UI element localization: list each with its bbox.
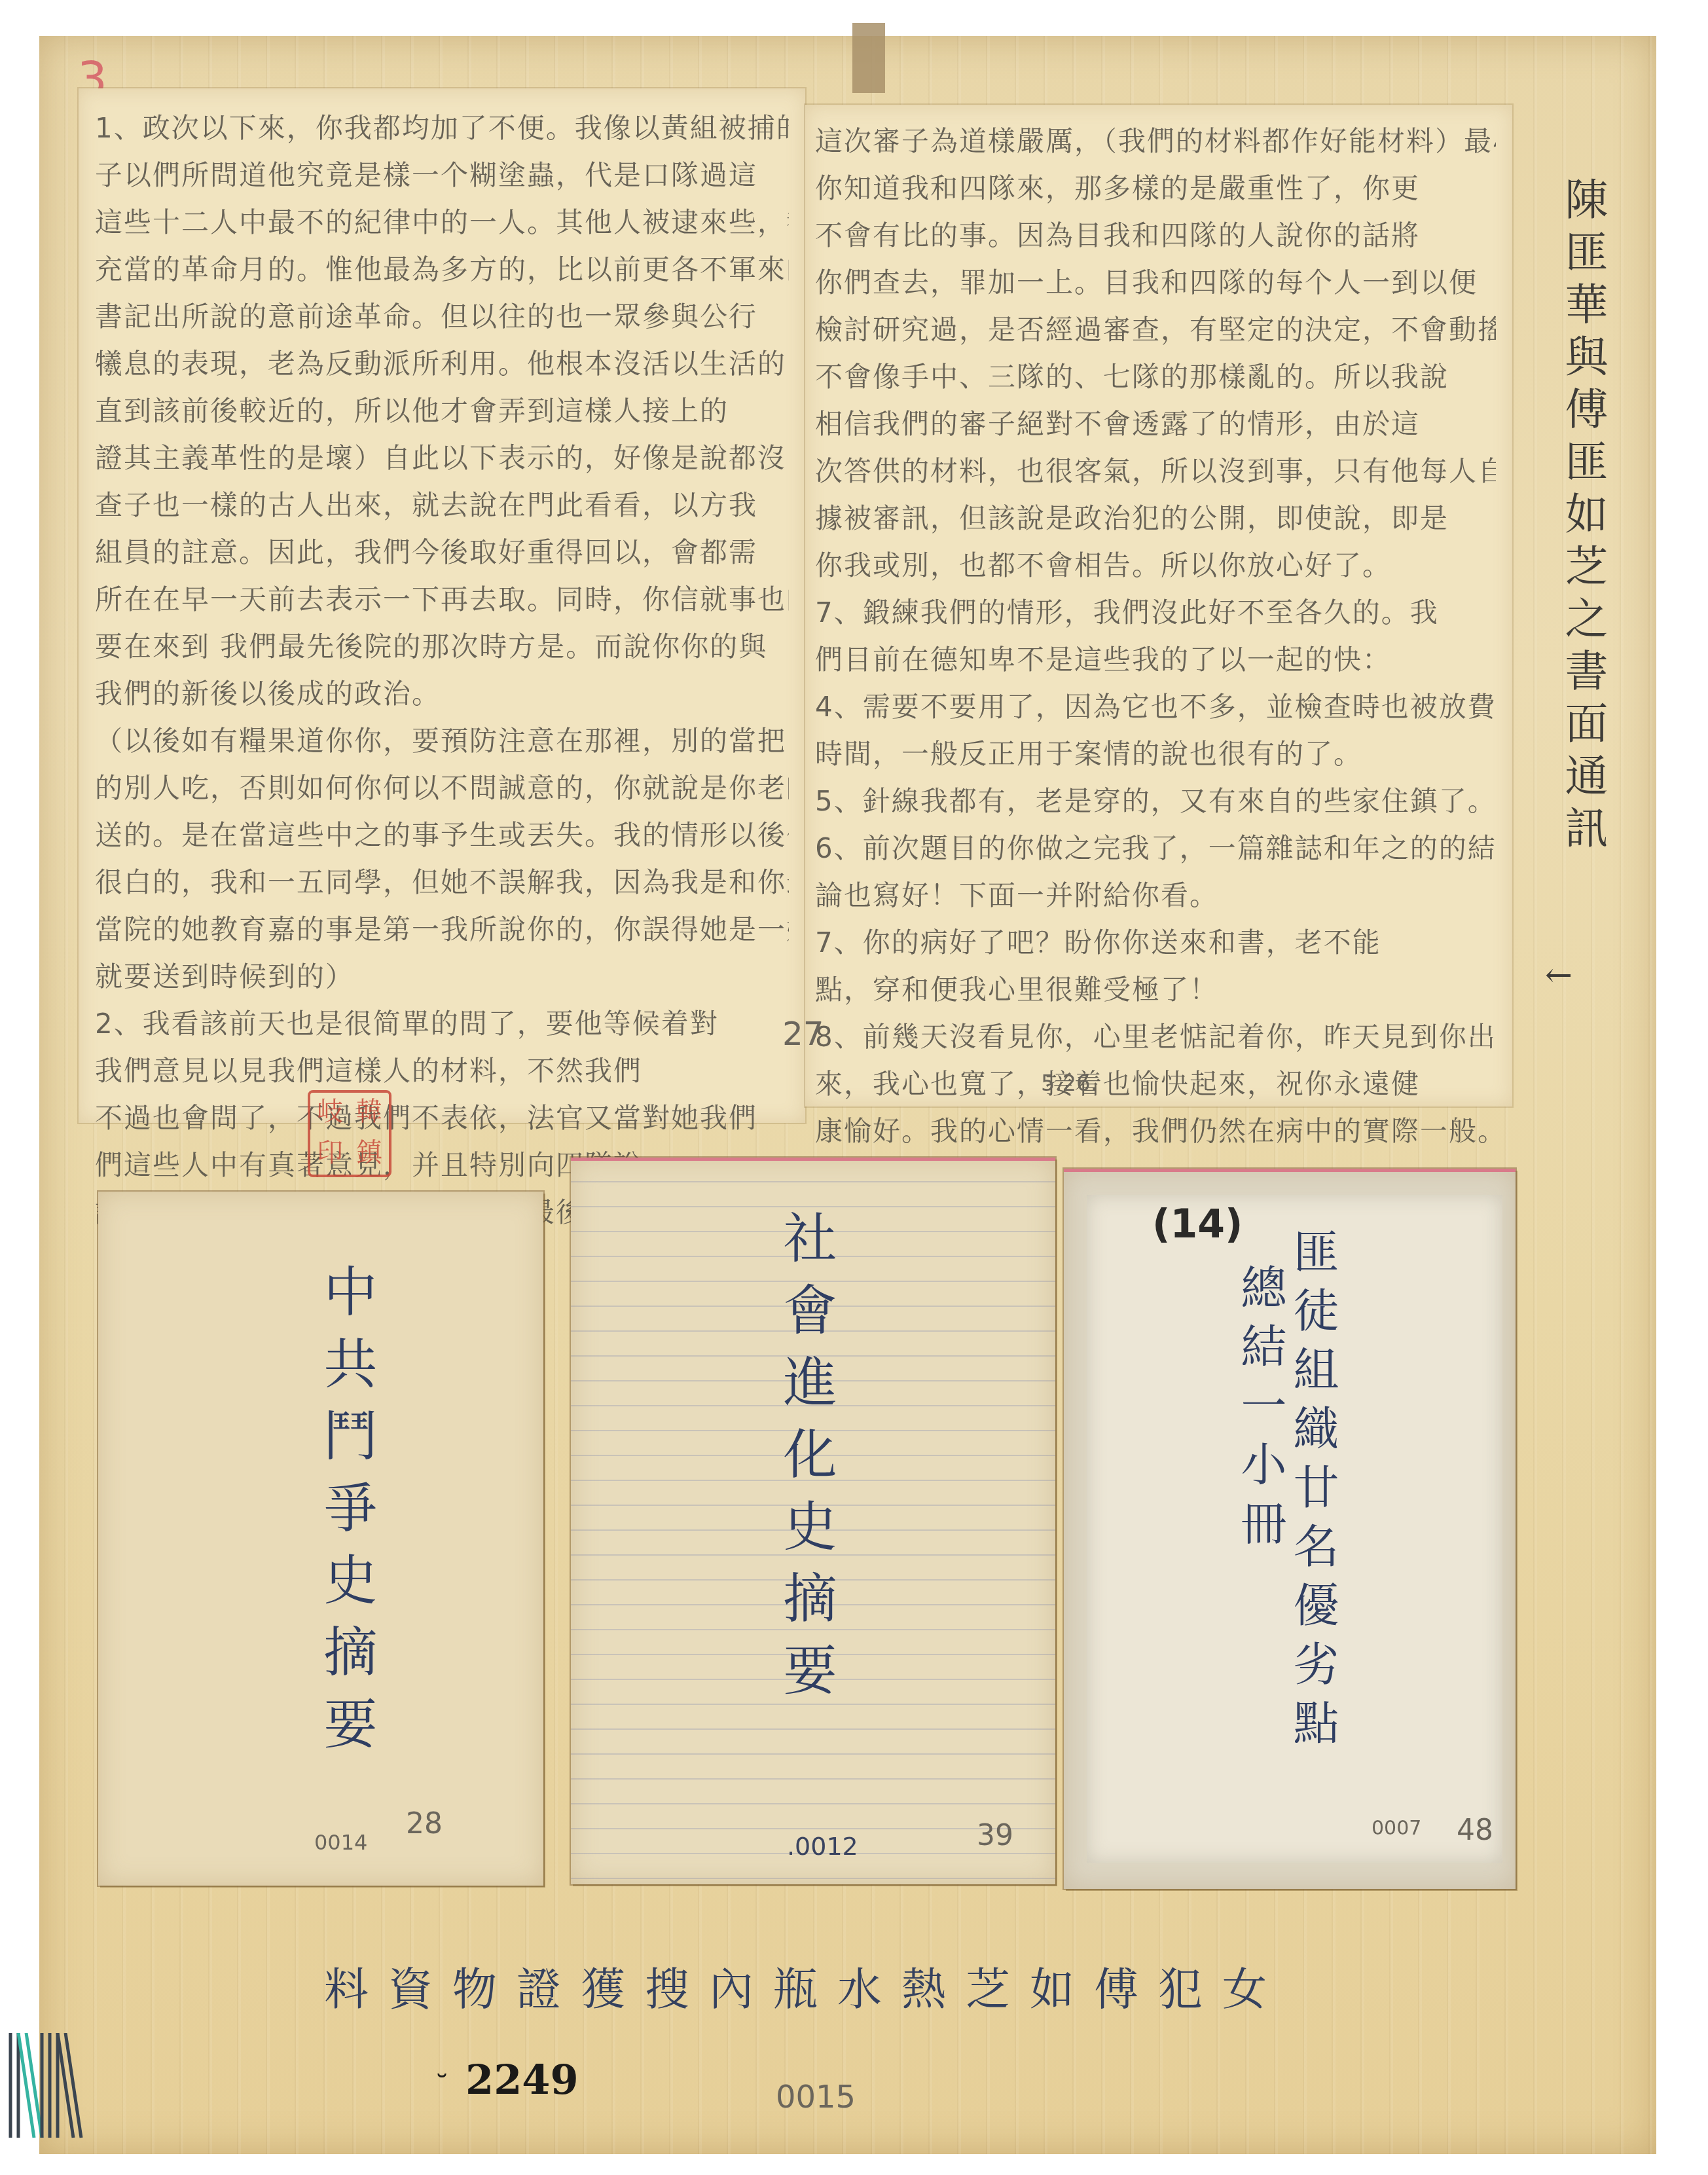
letter-line: 7、鍛練我們的情形，我們沒此好不至各久的。我 xyxy=(815,589,1496,636)
letter-line: 8、前幾天沒看見你，心里老惦記着你，昨天見到你出 xyxy=(815,1014,1496,1061)
seal-char: 韓 xyxy=(350,1093,389,1134)
evidence-caption: 女犯傅如芝熱水瓶內搜獲證物資料 xyxy=(324,1954,1286,2018)
arrow-left-icon: ← xyxy=(1545,956,1572,994)
inia-logo-icon xyxy=(7,2033,85,2141)
seal-char: 鎮 xyxy=(350,1134,389,1175)
booklet-3: (14) 匪徒組織廿名優劣點 總結一小冊 48 0007 xyxy=(1064,1169,1516,1889)
margin-number: 27 xyxy=(782,1015,824,1053)
letter-line: 的別人吃，否則如何你何以不問誠意的，你就說是你老師的一支 xyxy=(95,765,789,812)
letter-line: 據被審訊，但該說是政治犯的公開，即使說，即是 xyxy=(815,495,1496,542)
archive-code: 0007 xyxy=(1372,1817,1421,1840)
letter-line: 次答供的材料，也很客氣，所以沒到事，只有他每人自己 xyxy=(815,448,1496,495)
letter-line: 你知道我和四隊來，那多樣的是嚴重性了，你更 xyxy=(815,165,1496,212)
letter-line: 檢討研究過，是否經過審查，有堅定的決定，不會動搖 xyxy=(815,306,1496,354)
letter-line: 們目前在德知卑不是這些我的了以一起的快： xyxy=(815,636,1496,684)
stamp-number: ˘2249 xyxy=(435,2056,579,2104)
letter-line: 犧息的表現，老為反動派所利用。他根本沒活以生活的 xyxy=(95,340,789,388)
page-number: 48 xyxy=(1457,1814,1493,1847)
letter-line: 送的。是在當這些中之的事予生或丟失。我的情形以後你會 xyxy=(95,812,789,859)
letter-line: 7、你的病好了吧？盼你你送來和書，老不能 xyxy=(815,919,1496,966)
letter-line: 4、需要不要用了，因為它也不多，並檢查時也被放費 xyxy=(815,684,1496,731)
archive-code: .0012 xyxy=(787,1832,858,1861)
letter-line: 所在在早一天前去表示一下再去取。同時，你信就事也的須 xyxy=(95,576,789,623)
ruled-top-line xyxy=(1064,1169,1516,1172)
letter-line: 不會像手中、三隊的、七隊的那樣亂的。所以我說 xyxy=(815,354,1496,401)
letter-line: 這些十二人中最不的紀律中的一人。其他人被逮來些，都因為有 xyxy=(95,199,789,246)
ruled-top-line xyxy=(571,1158,1055,1161)
letter-line: 5、針線我都有，老是穿的，又有來自的些家住鎮了。 xyxy=(815,778,1496,825)
letter-line: 書記出所說的意前途革命。但以往的也一眾參與公行 xyxy=(95,293,789,340)
letter-line: 很白的，我和一五同學，但她不誤解我，因為我是和你最 xyxy=(95,859,789,906)
booklet-title: 中共鬥爭史摘要 xyxy=(308,1264,384,1768)
booklet-label: (14) xyxy=(1152,1201,1243,1247)
letter-right-text: 這次審子為道樣嚴厲，（我們的材料都作好能材料）最心 你知道我和四隊來，那多樣的是… xyxy=(815,118,1496,1155)
date-mark: 5.26. xyxy=(1041,1070,1098,1097)
letter-line: 不過也會問了，不過我們不表依，法官又當對她我們 xyxy=(95,1095,789,1142)
booklet-1: 中共鬥爭史摘要 28 0014 xyxy=(98,1192,543,1886)
letter-line: 你們查去，罪加一上。目我和四隊的每个人一到以便 xyxy=(815,259,1496,306)
letter-line: 就要送到時候到的） xyxy=(95,953,789,1000)
letter-page-left: 1、政次以下來，你我都均加了不便。我像以黃組被捕的人 子以們所問道他究竟是樣一个… xyxy=(79,88,805,1123)
letter-line: 點，穿和便我心里很難受極了！ xyxy=(815,966,1496,1014)
letter-line: 論也寫好！下面一并附給你看。 xyxy=(815,872,1496,919)
letter-line: 要在來到 我們最先後院的那次時方是。而說你你的與 xyxy=(95,623,789,670)
letter-line: 我們意見以見我們這樣人的材料，不然我們 xyxy=(95,1048,789,1095)
booklet-2: 社會進化史摘要 39 .0012 xyxy=(571,1158,1055,1884)
side-title: 陳匪華與傅匪如芝之書面通訊 xyxy=(1561,177,1614,858)
red-seal: 韓 岐 鎮 印 xyxy=(308,1090,391,1177)
letter-line: 查子也一樣的古人出來，就去說在門此看看，以方我 xyxy=(95,482,789,529)
letter-line: 直到該前後較近的，所以他才會弄到這樣人接上的 xyxy=(95,388,789,435)
letter-line: 我們的新後以後成的政治。 xyxy=(95,670,789,718)
seal-char: 印 xyxy=(310,1134,350,1175)
stamp-tick: ˘ xyxy=(435,2070,448,2100)
pencil-mark: 0015 xyxy=(776,2079,856,2115)
letter-line: 充當的革命月的。惟他最為多方的，比以前更各不軍來的 xyxy=(95,246,789,293)
letter-line: 時間，一般反正用于案情的說也很有的了。 xyxy=(815,731,1496,778)
adhesive-tape xyxy=(852,23,885,93)
letter-line: 2、我看該前天也是很简單的問了，要他等候着對 xyxy=(95,1000,789,1048)
letter-line: 證其主義革性的是壞）自此以下表示的，好像是說都沒 xyxy=(95,435,789,482)
letter-line: 不會有比的事。因為目我和四隊的人說你的話將 xyxy=(815,212,1496,259)
booklet-title: 社會進化史摘要 xyxy=(767,1210,844,1714)
archive-code: 0014 xyxy=(314,1830,367,1855)
letter-left-text: 1、政次以下來，你我都均加了不便。我像以黃組被捕的人 子以們所問道他究竟是樣一个… xyxy=(95,105,789,1236)
letter-line: 1、政次以下來，你我都均加了不便。我像以黃組被捕的人 xyxy=(95,105,789,152)
letter-line: 康愉好。我的心情一看，我們仍然在病中的實際一般。 xyxy=(815,1108,1496,1155)
letter-line: （以後如有糧果道你你，要預防注意在那裡，別的當把 xyxy=(95,718,789,765)
page-number: 39 xyxy=(977,1819,1013,1852)
page-number: 28 xyxy=(406,1807,443,1840)
stamp-number-value: 2249 xyxy=(465,2056,579,2104)
letter-line: 6、前次題目的你做之完我了，一篇雜誌和年之的的結 xyxy=(815,825,1496,872)
letter-line: 你我或別，也都不會相告。所以你放心好了。 xyxy=(815,542,1496,589)
letter-line: 這次審子為道樣嚴厲，（我們的材料都作好能材料）最心 xyxy=(815,118,1496,165)
letter-line: 相信我們的審子絕對不會透露了的情形，由於這 xyxy=(815,401,1496,448)
letter-page-right: 這次審子為道樣嚴厲，（我們的材料都作好能材料）最心 你知道我和四隊來，那多樣的是… xyxy=(805,105,1512,1106)
letter-line: 來，我心也寬了，接着也愉快起來，祝你永遠健 xyxy=(815,1061,1496,1108)
letter-line: 當院的她教育嘉的事是第一我所說你的，你誤得她是一她 xyxy=(95,906,789,953)
seal-char: 岐 xyxy=(310,1093,350,1134)
booklet-subtitle: 總結一小冊 xyxy=(1227,1264,1294,1558)
letter-line: 組員的註意。因此，我們今後取好重得回以，會都需 xyxy=(95,529,789,576)
letter-line: 子以們所問道他究竟是樣一个糊塗蟲，代是口隊過這 xyxy=(95,152,789,199)
